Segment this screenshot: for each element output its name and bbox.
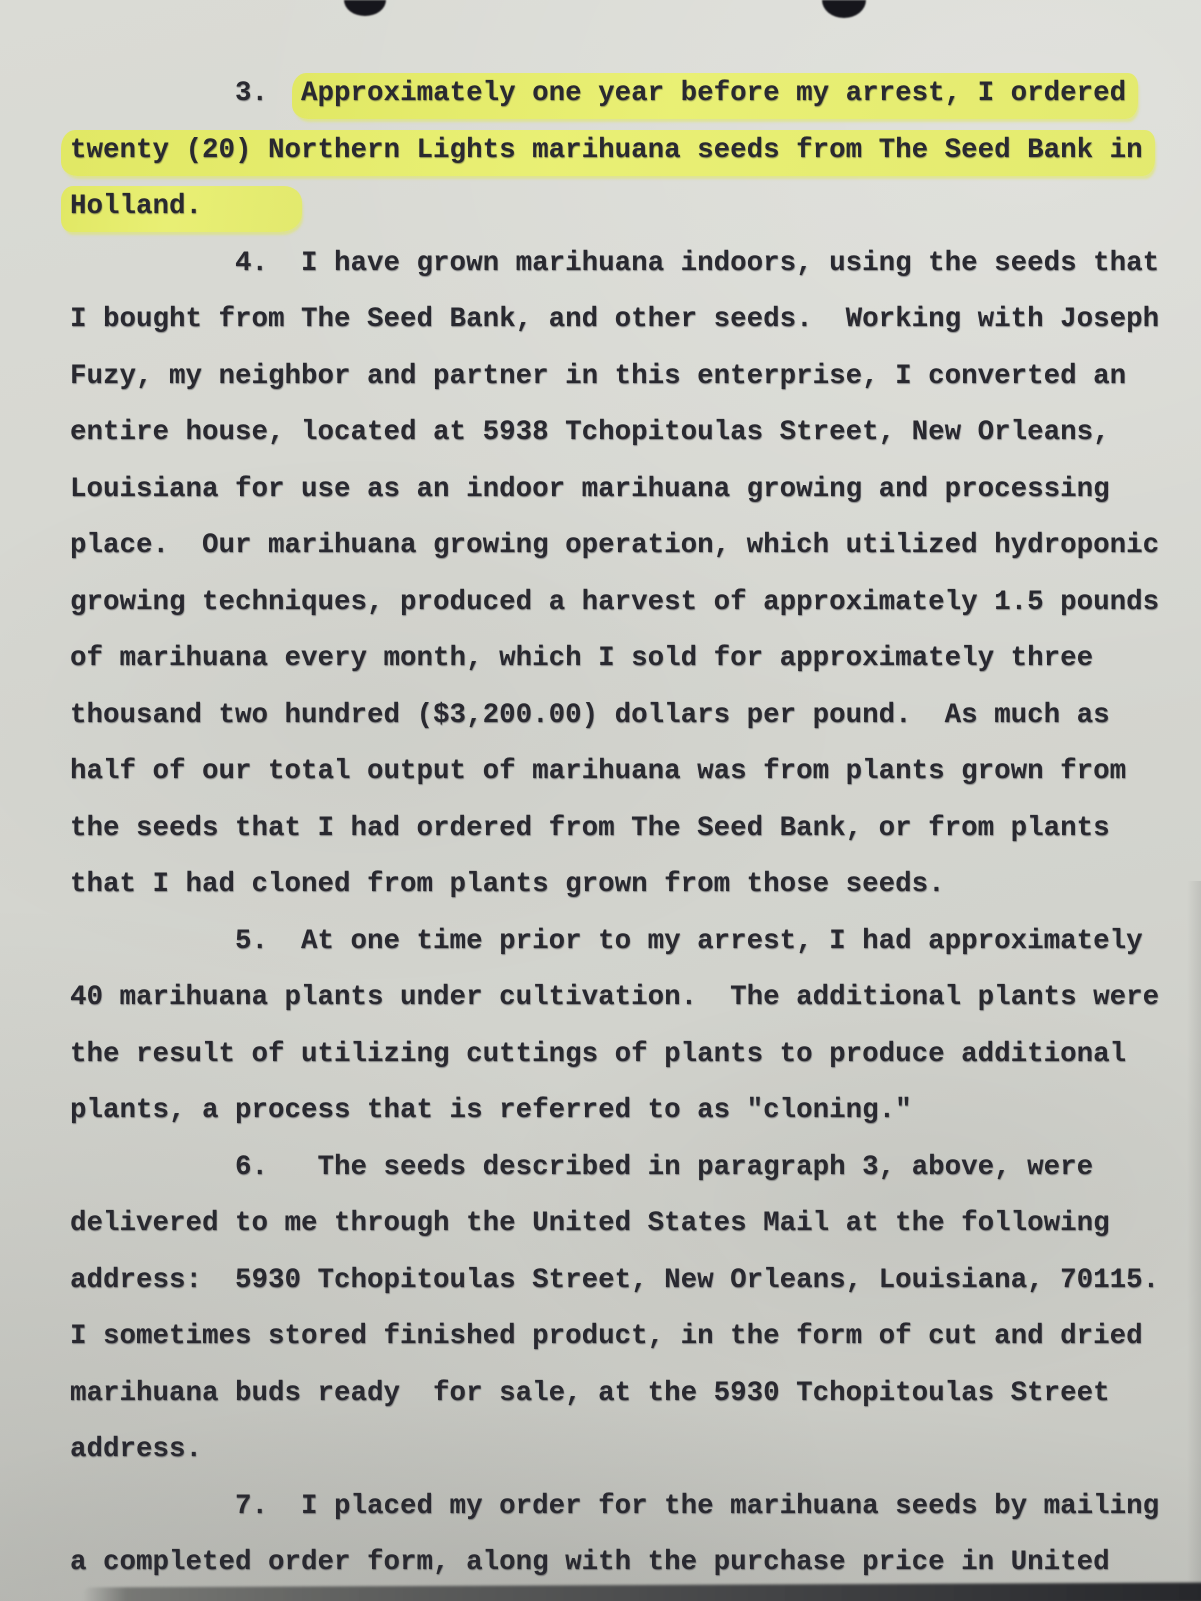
typewritten-text: entire house, located at 5938 Tchopitoul… [70, 417, 1110, 448]
document-line: address: 5930 Tchopitoulas Street, New O… [70, 1253, 1183, 1310]
document-line: of marihuana every month, which I sold f… [70, 631, 1183, 688]
document-line: place. Our marihuana growing operation, … [70, 518, 1183, 575]
document-line: 7. I placed my order for the marihuana s… [70, 1479, 1183, 1536]
typewritten-text: a completed order form, along with the p… [70, 1547, 1110, 1578]
typewritten-text: marihuana buds ready for sale, at the 59… [70, 1378, 1110, 1409]
typewritten-text: thousand two hundred ($3,200.00) dollars… [70, 700, 1110, 731]
document-line: I bought from The Seed Bank, and other s… [70, 292, 1183, 349]
document-line: marihuana buds ready for sale, at the 59… [70, 1366, 1183, 1423]
document-line: the result of utilizing cuttings of plan… [70, 1027, 1183, 1084]
document-line: growing techniques, produced a harvest o… [70, 575, 1183, 632]
typewritten-text: the result of utilizing cuttings of plan… [70, 1039, 1126, 1070]
typewritten-text: place. Our marihuana growing operation, … [70, 530, 1159, 561]
typewritten-text: address: 5930 Tchopitoulas Street, New O… [70, 1265, 1159, 1296]
typewritten-text: that I had cloned from plants grown from… [70, 869, 945, 900]
document-line: 5. At one time prior to my arrest, I had… [70, 914, 1183, 971]
typewritten-text: half of our total output of marihuana wa… [70, 756, 1126, 787]
document-line: address. [70, 1422, 1183, 1479]
typewritten-text: growing techniques, produced a harvest o… [70, 587, 1159, 618]
document-line: plants, a process that is referred to as… [70, 1083, 1183, 1140]
document-body: 3. Approximately one year before my arre… [70, 66, 1183, 1592]
document-line: entire house, located at 5938 Tchopitoul… [70, 405, 1183, 462]
typewritten-text: Fuzy, my neighbor and partner in this en… [70, 361, 1126, 392]
document-line: 3. Approximately one year before my arre… [70, 66, 1183, 123]
typewritten-text: 7. I placed my order for the marihuana s… [70, 1491, 1159, 1522]
typewritten-text: 3. [70, 78, 301, 109]
typewritten-text: address. [70, 1434, 202, 1465]
typewritten-text: 5. At one time prior to my arrest, I had… [70, 926, 1143, 957]
typewritten-text: 40 marihuana plants under cultivation. T… [70, 982, 1159, 1013]
document-line: the seeds that I had ordered from The Se… [70, 801, 1183, 858]
document-line: I sometimes stored finished product, in … [70, 1309, 1183, 1366]
document-line: 40 marihuana plants under cultivation. T… [70, 970, 1183, 1027]
typewritten-text: the seeds that I had ordered from The Se… [70, 813, 1110, 844]
typewritten-text: I sometimes stored finished product, in … [70, 1321, 1143, 1352]
document-line: half of our total output of marihuana wa… [70, 744, 1183, 801]
highlighted-text: twenty (20) Northern Lights marihuana se… [61, 130, 1155, 176]
typewritten-text: delivered to me through the United State… [70, 1208, 1110, 1239]
typewritten-text: of marihuana every month, which I sold f… [70, 643, 1093, 674]
highlighted-text: Approximately one year before my arrest,… [292, 73, 1138, 119]
binding-mark-right [822, 0, 866, 18]
document-line: 6. The seeds described in paragraph 3, a… [70, 1140, 1183, 1197]
document-line: delivered to me through the United State… [70, 1196, 1183, 1253]
document-line: thousand two hundred ($3,200.00) dollars… [70, 688, 1183, 745]
typewritten-text: plants, a process that is referred to as… [70, 1095, 912, 1126]
document-line: that I had cloned from plants grown from… [70, 857, 1183, 914]
typewritten-text: I bought from The Seed Bank, and other s… [70, 304, 1159, 335]
document-line: Holland. [70, 179, 1183, 236]
document-page: 3. Approximately one year before my arre… [0, 0, 1201, 1601]
document-line: 4. I have grown marihuana indoors, using… [70, 236, 1183, 293]
binding-mark-left [344, 0, 386, 16]
typewritten-text: 6. The seeds described in paragraph 3, a… [70, 1152, 1093, 1183]
document-line: Louisiana for use as an indoor marihuana… [70, 462, 1183, 519]
highlighted-text: Holland. [61, 186, 302, 232]
document-line: Fuzy, my neighbor and partner in this en… [70, 349, 1183, 406]
document-line: twenty (20) Northern Lights marihuana se… [70, 123, 1183, 180]
page-edge-shade [1187, 881, 1201, 1601]
typewritten-text: Louisiana for use as an indoor marihuana… [70, 474, 1110, 505]
typewritten-text: 4. I have grown marihuana indoors, using… [70, 248, 1159, 279]
